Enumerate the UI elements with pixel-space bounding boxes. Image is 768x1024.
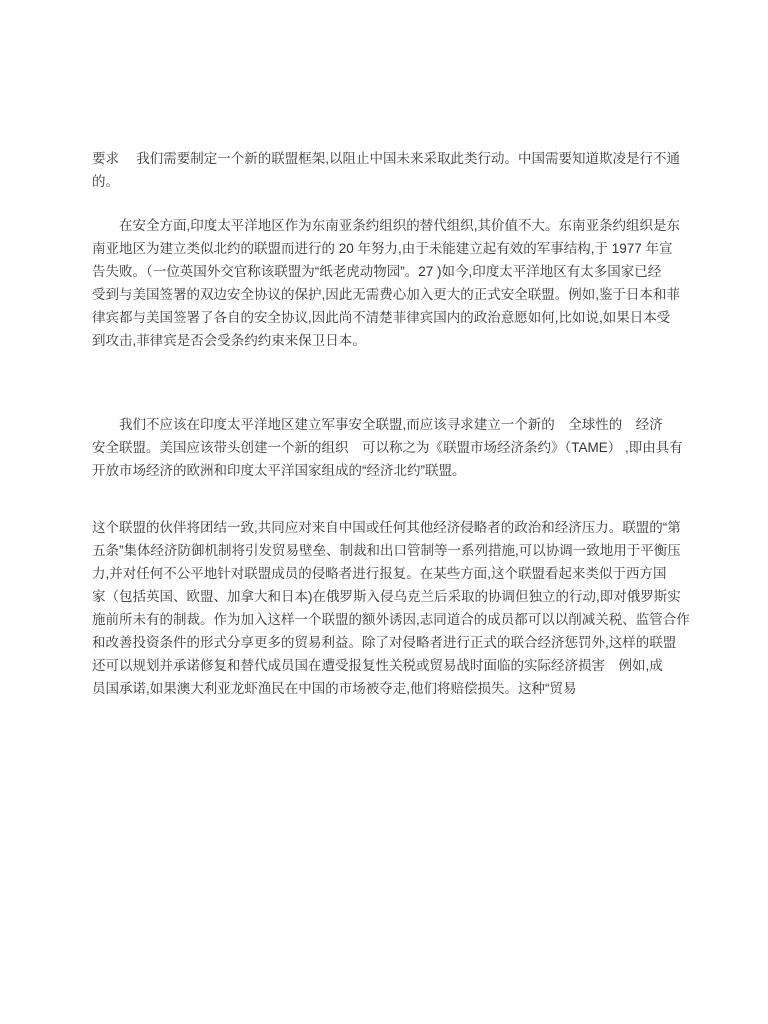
paragraph-demand-new-alliance-framework: 要求 我们需要制定一个新的联盟框架,以阻止中国未来采取此类行动。中国需要知道欺凌… (92, 147, 722, 193)
paragraph-alliance-partners-article-five: 这个联盟的伙伴将团结一致,共同应对来自中国或任何其他经济侵略者的政治和经济压力。… (92, 516, 722, 700)
paragraph-security-seato-comparison: 在安全方面,印度太平洋地区作为东南亚条约组织的替代组织,其价值不大。东南亚条约组… (92, 214, 722, 352)
paragraph-economic-security-alliance-tame: 我们不应该在印度太平洋地区建立军事安全联盟,而应该寻求建立一个新的 全球性的 经… (92, 413, 722, 482)
document-page: 要求 我们需要制定一个新的联盟框架,以阻止中国未来采取此类行动。中国需要知道欺凌… (92, 147, 722, 700)
